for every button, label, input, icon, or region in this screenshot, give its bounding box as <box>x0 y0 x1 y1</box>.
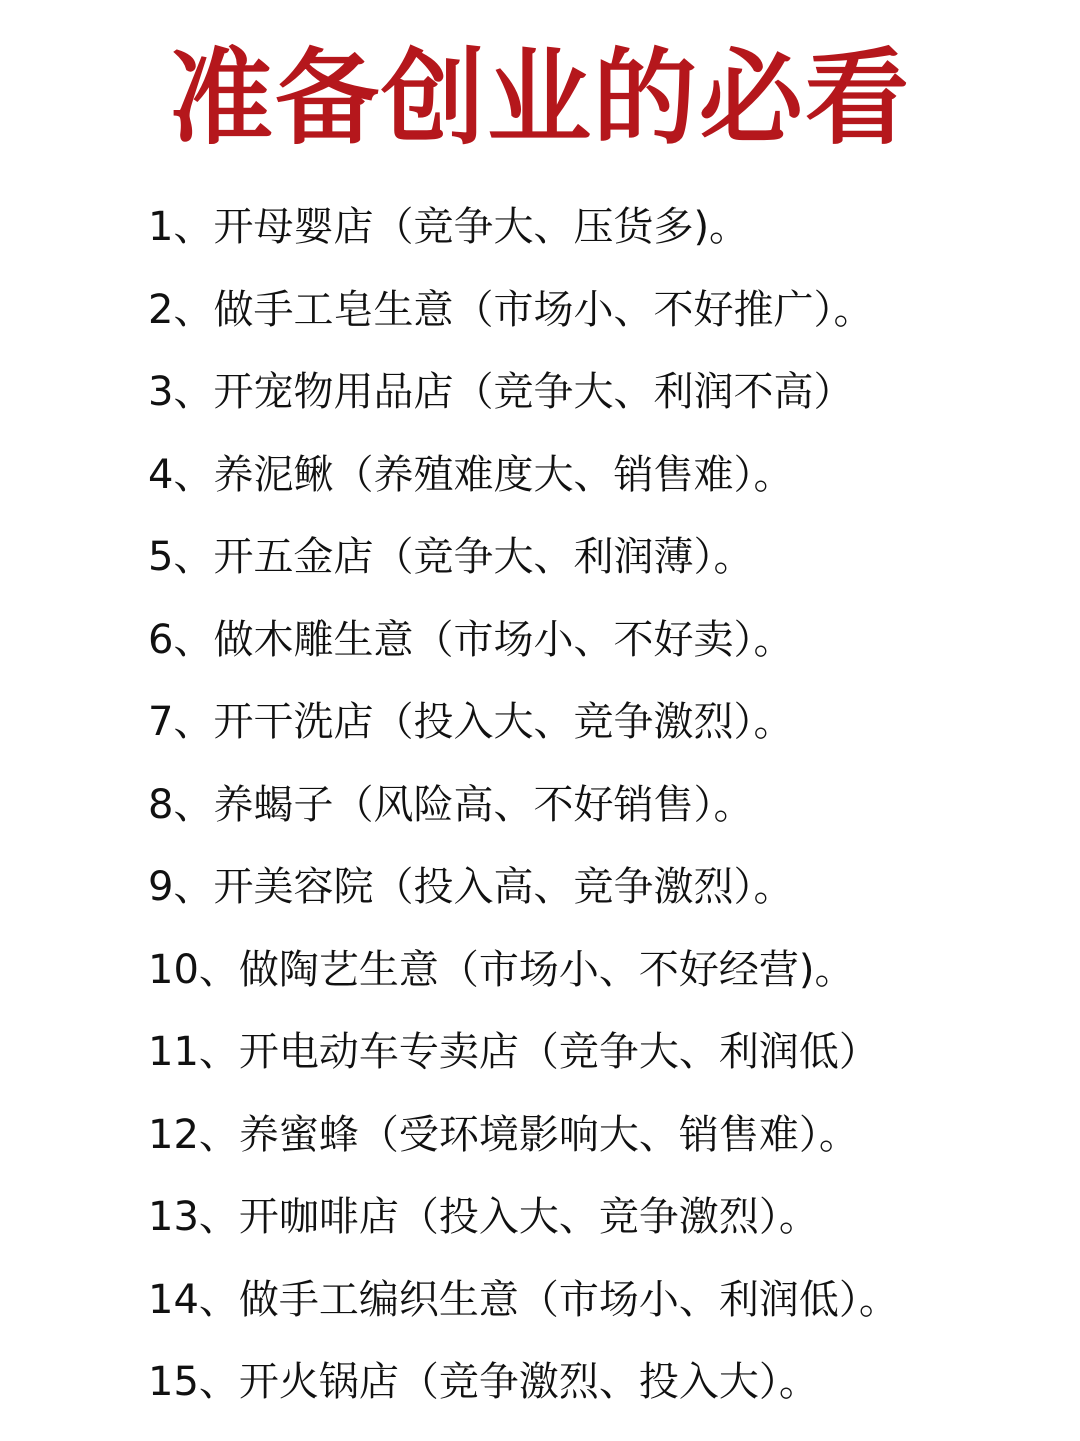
item-business: 养泥鳅 <box>213 452 333 498</box>
item-reason: （竞争大、利润低） <box>519 1029 879 1075</box>
list-item: 7、开干洗店（投入大、竞争激烈）。 <box>148 691 899 774</box>
business-list: 1、开母婴店（竞争大、压货多)。 2、做手工皂生意（市场小、不好推广）。 3、开… <box>148 196 899 1434</box>
list-item: 14、做手工编织生意（市场小、利润低）。 <box>148 1269 899 1352</box>
item-reason: （竞争激烈、投入大）。 <box>399 1359 819 1405</box>
item-business: 开五金店 <box>213 534 373 580</box>
list-item: 1、开母婴店（竞争大、压货多)。 <box>148 196 899 279</box>
item-reason: （投入大、竞争激烈）。 <box>399 1194 819 1240</box>
item-number: 2、 <box>148 287 213 333</box>
item-reason: （市场小、不好卖）。 <box>413 617 793 663</box>
item-number: 8、 <box>148 782 213 828</box>
item-business: 开美容院 <box>213 864 373 910</box>
item-business: 做手工皂生意 <box>213 287 453 333</box>
item-number: 15、 <box>148 1359 239 1405</box>
item-number: 10、 <box>148 947 239 993</box>
item-business: 开母婴店 <box>213 204 373 250</box>
list-item: 15、开火锅店（竞争激烈、投入大）。 <box>148 1351 899 1434</box>
item-number: 9、 <box>148 864 213 910</box>
item-business: 开电动车专卖店 <box>239 1029 519 1075</box>
list-item: 2、做手工皂生意（市场小、不好推广）。 <box>148 279 899 362</box>
item-number: 3、 <box>148 369 213 415</box>
list-item: 8、养蝎子（风险高、不好销售）。 <box>148 774 899 857</box>
list-item: 13、开咖啡店（投入大、竞争激烈）。 <box>148 1186 899 1269</box>
item-number: 13、 <box>148 1194 239 1240</box>
item-business: 养蝎子 <box>213 782 333 828</box>
item-number: 6、 <box>148 617 213 663</box>
page-title: 准备创业的必看 <box>0 28 1080 168</box>
item-number: 5、 <box>148 534 213 580</box>
list-item: 5、开五金店（竞争大、利润薄）。 <box>148 526 899 609</box>
item-reason: （竞争大、压货多)。 <box>373 204 749 250</box>
list-item: 12、养蜜蜂（受环境影响大、销售难）。 <box>148 1104 899 1187</box>
item-number: 12、 <box>148 1112 239 1158</box>
list-item: 11、开电动车专卖店（竞争大、利润低） <box>148 1021 899 1104</box>
item-business: 开宠物用品店 <box>213 369 453 415</box>
item-business: 开咖啡店 <box>239 1194 399 1240</box>
list-item: 6、做木雕生意（市场小、不好卖）。 <box>148 609 899 692</box>
list-item: 3、开宠物用品店（竞争大、利润不高） <box>148 361 899 444</box>
item-reason: （风险高、不好销售）。 <box>333 782 753 828</box>
item-number: 4、 <box>148 452 213 498</box>
item-reason: （投入高、竞争激烈）。 <box>373 864 793 910</box>
item-reason: （市场小、不好经营)。 <box>439 947 855 993</box>
item-number: 7、 <box>148 699 213 745</box>
item-reason: （受环境影响大、销售难）。 <box>359 1112 859 1158</box>
item-business: 做木雕生意 <box>213 617 413 663</box>
item-business: 开火锅店 <box>239 1359 399 1405</box>
list-item: 9、开美容院（投入高、竞争激烈）。 <box>148 856 899 939</box>
item-reason: （市场小、利润低）。 <box>519 1277 899 1323</box>
list-item: 4、养泥鳅（养殖难度大、销售难）。 <box>148 444 899 527</box>
item-reason: （投入大、竞争激烈）。 <box>373 699 793 745</box>
item-business: 开干洗店 <box>213 699 373 745</box>
item-reason: （养殖难度大、销售难）。 <box>333 452 793 498</box>
item-reason: （市场小、不好推广）。 <box>453 287 873 333</box>
item-number: 11、 <box>148 1029 239 1075</box>
item-business: 做手工编织生意 <box>239 1277 519 1323</box>
item-reason: （竞争大、利润薄）。 <box>373 534 753 580</box>
item-business: 养蜜蜂 <box>239 1112 359 1158</box>
item-number: 14、 <box>148 1277 239 1323</box>
list-item: 10、做陶艺生意（市场小、不好经营)。 <box>148 939 899 1022</box>
item-number: 1、 <box>148 204 213 250</box>
item-business: 做陶艺生意 <box>239 947 439 993</box>
item-reason: （竞争大、利润不高） <box>453 369 853 415</box>
